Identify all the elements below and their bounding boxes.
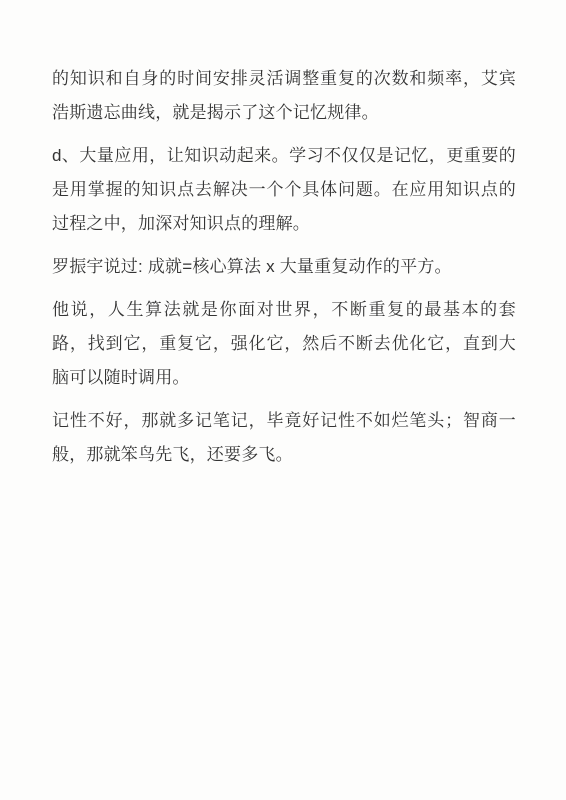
paragraph-luozhenyu-quote: 罗振宇说过: 成就=核心算法 x 大量重复动作的平方。 (52, 250, 516, 284)
paragraph-take-notes: 记性不好，那就多记笔记，毕竟好记性不如烂笔头；智商一般，那就笨鸟先飞，还要多飞。 (52, 404, 516, 472)
paragraph-forgetting-curve: 的知识和自身的时间安排灵活调整重复的次数和频率，艾宾浩斯遗忘曲线，就是揭示了这个… (52, 62, 516, 130)
article-content: 的知识和自身的时间安排灵活调整重复的次数和频率，艾宾浩斯遗忘曲线，就是揭示了这个… (0, 0, 566, 472)
paragraph-life-algorithm: 他说，人生算法就是你面对世界，不断重复的最基本的套路，找到它，重复它，强化它，然… (52, 293, 516, 395)
paragraph-apply-knowledge: d、大量应用，让知识动起来。学习不仅仅是记忆，更重要的是用掌握的知识点去解决一个… (52, 139, 516, 241)
article-page: 的知识和自身的时间安排灵活调整重复的次数和频率，艾宾浩斯遗忘曲线，就是揭示了这个… (0, 0, 566, 800)
